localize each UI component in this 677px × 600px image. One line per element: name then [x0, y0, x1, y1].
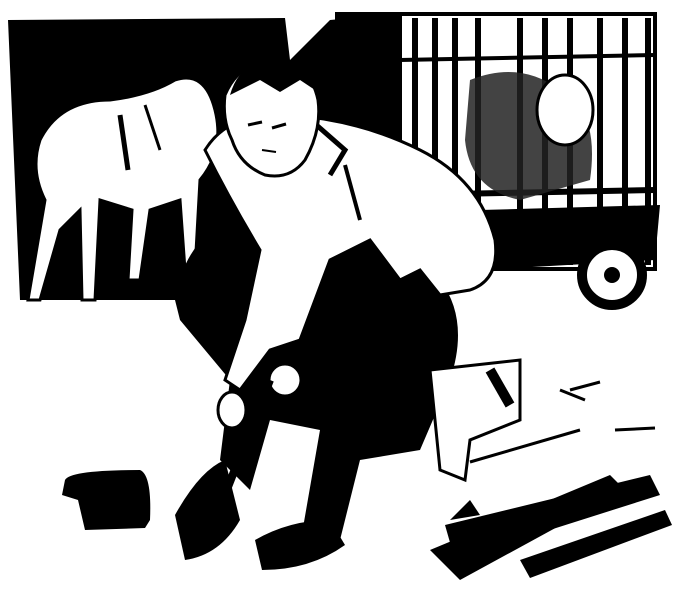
crate — [430, 360, 580, 480]
ink-illustration — [0, 0, 677, 600]
ground-marks — [560, 382, 655, 430]
illustration-canvas — [0, 0, 677, 600]
planks — [430, 475, 672, 580]
bucket — [62, 470, 150, 530]
